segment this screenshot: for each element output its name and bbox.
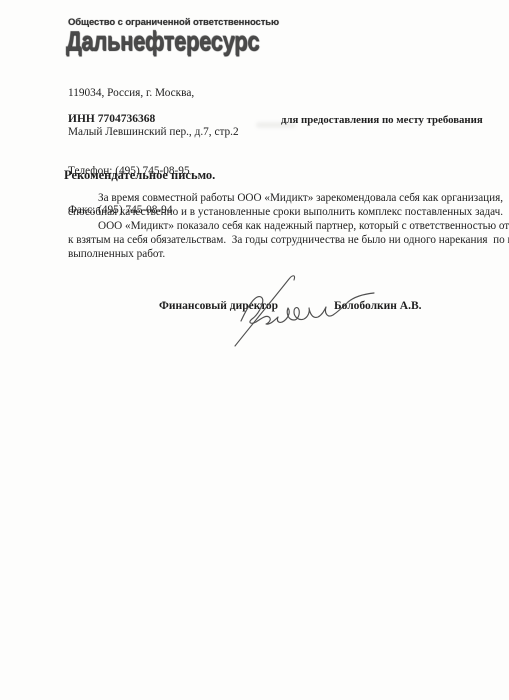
paragraph-1-line-2: способная качественно и в установленные … <box>68 205 503 219</box>
scanned-letter-page: Общество с ограниченной ответственностью… <box>0 0 509 700</box>
scan-artifact <box>256 122 296 128</box>
signatory-name: Болоболкин А.В. <box>334 300 422 312</box>
paragraph-2-line-3: выполненных работ. <box>68 247 165 261</box>
letter-title: Рекомендательное письмо. <box>64 168 215 183</box>
recipient-note: для предоставления по месту требования <box>281 114 483 126</box>
paragraph-2-line-1: ООО «Мидикт» показало себя как надежный … <box>98 219 509 233</box>
paragraph-1-line-1: За время совместной работы ООО «Мидикт» … <box>98 191 503 205</box>
address-line-street: Малый Левшинский пер., д.7, стр.2 <box>68 126 239 139</box>
address-line-city: 119034, Россия, г. Москва, <box>68 87 239 100</box>
paragraph-2-line-2: к взятым на себя обязательствам. За годы… <box>68 233 509 247</box>
letterhead-company-name: Дальнефтересурс <box>66 26 259 57</box>
inn-number: ИНН 7704736368 <box>68 113 155 125</box>
